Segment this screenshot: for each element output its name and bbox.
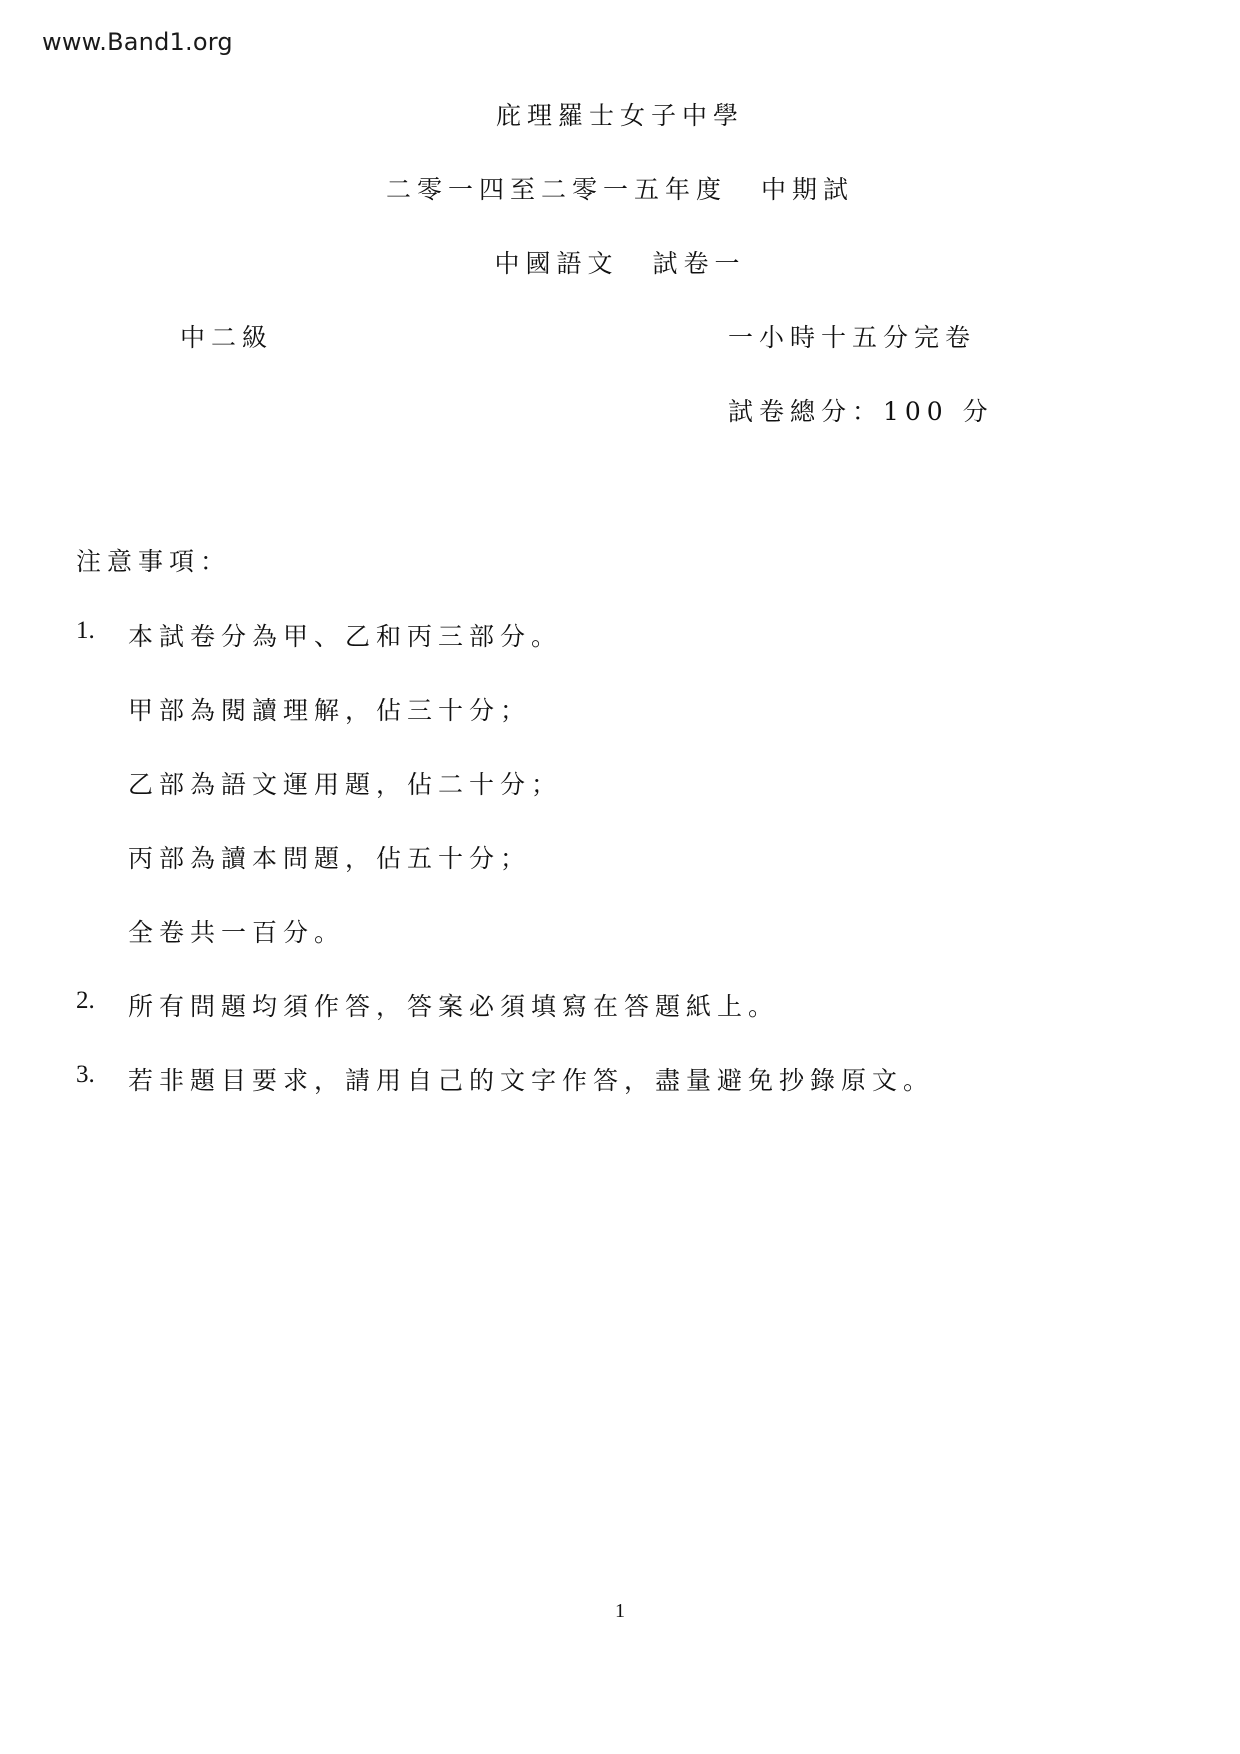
exam-type: 中期試 [761,175,854,204]
note-item-line: 全卷共一百分。 [128,913,345,949]
note-item-line: 所有問題均須作答，答案必須填寫在答題紙上。 [128,987,779,1023]
note-item-number: 3. [76,1061,95,1089]
note-item-line: 甲部為閱讀理解，佔三十分； [128,691,531,727]
note-item-line: 丙部為讀本問題，佔五十分； [128,839,531,875]
school-name: 庇理羅士女子中學 [0,96,1240,132]
notes-title: 注意事項： [76,542,231,578]
subject-line: 中國語文試卷一 [0,244,1240,280]
page-number: 1 [0,1600,1240,1623]
exam-duration: 一小時十五分完卷 [728,318,976,354]
paper-number: 試卷一 [653,249,746,278]
note-item-line: 本試卷分為甲、乙和丙三部分。 [128,617,562,653]
subject: 中國語文 [494,249,618,278]
grade-level: 中二級 [180,318,273,354]
note-item-number: 2. [76,987,95,1015]
note-item-number: 1. [76,617,95,645]
academic-year: 二零一四至二零一五年度 [386,175,727,204]
exam-year-line: 二零一四至二零一五年度中期試 [0,170,1240,206]
note-item-line: 若非題目要求，請用自己的文字作答，盡量避免抄錄原文。 [128,1061,934,1097]
watermark: www.Band1.org [42,28,233,56]
total-marks: 試卷總分：100 分 [728,392,994,428]
note-item-line: 乙部為語文運用題，佔二十分； [128,765,562,801]
